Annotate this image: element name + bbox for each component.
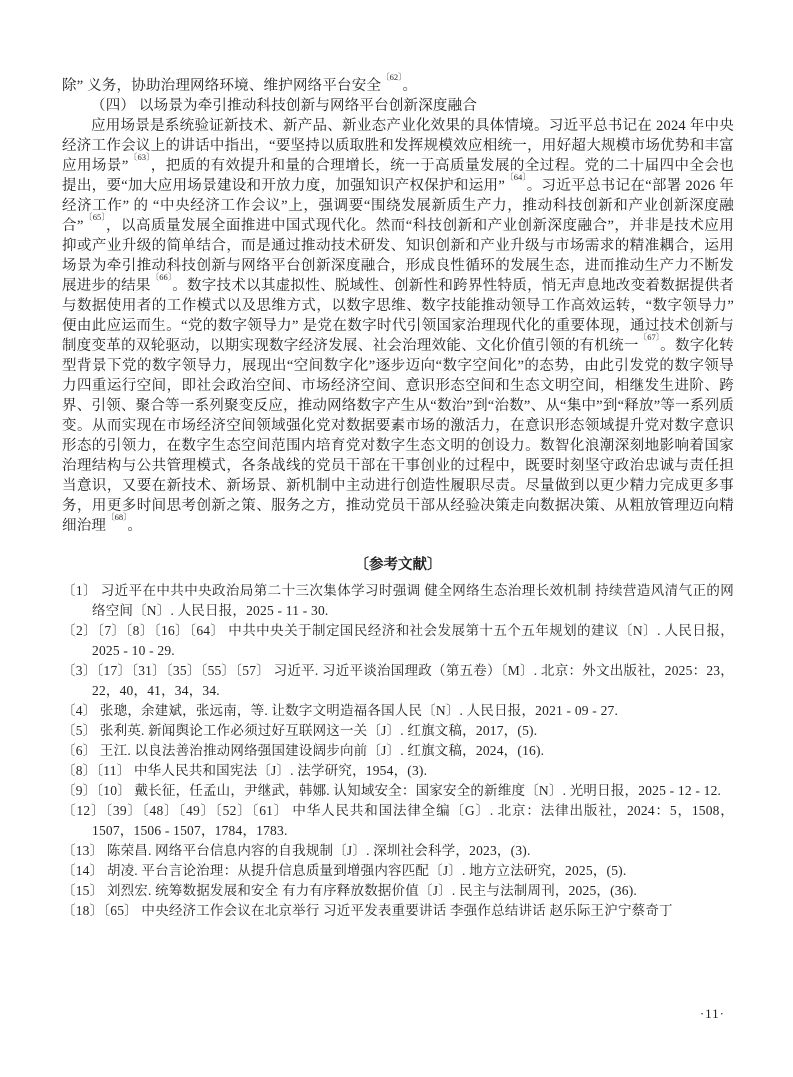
reference-item: 〔5〕 张利英. 新闻舆论工作必须过好互联网这一关〔J〕. 红旗文稿，2017，… <box>62 721 734 741</box>
reference-item: 〔8〕〔11〕 中华人民共和国宪法〔J〕. 法学研究，1954，(3). <box>62 761 734 781</box>
citation-superscript: 〔68〕 <box>106 512 127 522</box>
reference-item: 〔9〕〔10〕 戴长征，任孟山，尹继武，韩娜. 认知域安全：国家安全的新维度〔N… <box>62 781 734 801</box>
citation-superscript: 〔63〕 <box>128 152 150 162</box>
page-content: 除” 义务，协助治理网络环境、维护网络平台安全〔62〕。（四） 以场景为牵引推动… <box>62 76 734 921</box>
section-heading: （四） 以场景为牵引推动科技创新与网络平台创新深度融合 <box>62 96 734 116</box>
reference-item: 〔4〕 张璁，余建斌，张远南，等. 让数字文明造福各国人民〔N〕. 人民日报，2… <box>62 701 734 721</box>
reference-item: 〔15〕 刘烈宏. 统筹数据发展和安全 有力有序释放数据价值〔J〕. 民主与法制… <box>62 881 734 901</box>
citation-superscript: 〔65〕 <box>84 212 106 222</box>
reference-item: 〔14〕 胡凌. 平台言论治理：从提升信息质量到增强内容匹配〔J〕. 地方立法研… <box>62 861 734 881</box>
reference-item: 〔2〕〔7〕〔8〕〔16〕〔64〕 中共中央关于制定国民经济和社会发展第十五个五… <box>62 621 734 661</box>
references-list: 〔1〕 习近平在中共中央政治局第二十三次集体学习时强调 健全网络生态治理长效机制… <box>62 581 734 921</box>
citation-superscript: 〔66〕 <box>151 272 173 282</box>
citation-superscript: 〔67〕 <box>639 332 661 342</box>
reference-item: 〔1〕 习近平在中共中央政治局第二十三次集体学习时强调 健全网络生态治理长效机制… <box>62 581 734 621</box>
page-number: ·11· <box>700 1006 725 1022</box>
reference-item: 〔3〕〔17〕〔31〕〔35〕〔55〕〔57〕 习近平. 习近平谈治国理政（第五… <box>62 661 734 701</box>
reference-item: 〔6〕 王江. 以良法善治推动网络强国建设阔步向前〔J〕. 红旗文稿，2024，… <box>62 741 734 761</box>
body-paragraph: 应用场景是系统验证新技术、新产品、新业态产业化效果的具体情境。习近平总书记在 2… <box>62 116 734 536</box>
article-body: 除” 义务，协助治理网络环境、维护网络平台安全〔62〕。（四） 以场景为牵引推动… <box>62 76 734 536</box>
reference-item: 〔12〕〔39〕〔48〕〔49〕〔52〕〔61〕 中华人民共和国法律全编〔G〕.… <box>62 801 734 841</box>
citation-superscript: 〔64〕 <box>505 172 527 182</box>
references-title: 〔参考文献〕 <box>62 555 734 575</box>
document-page: 除” 义务，协助治理网络环境、维护网络平台安全〔62〕。（四） 以场景为牵引推动… <box>0 0 793 1077</box>
reference-item: 〔13〕 陈荣昌. 网络平台信息内容的自我规制〔J〕. 深圳社会科学，2023，… <box>62 841 734 861</box>
citation-superscript: 〔62〕 <box>381 72 402 82</box>
reference-item: 〔18〕〔65〕 中央经济工作会议在北京举行 习近平发表重要讲话 李强作总结讲话… <box>62 901 734 921</box>
body-paragraph: 除” 义务，协助治理网络环境、维护网络平台安全〔62〕。 <box>62 76 734 96</box>
